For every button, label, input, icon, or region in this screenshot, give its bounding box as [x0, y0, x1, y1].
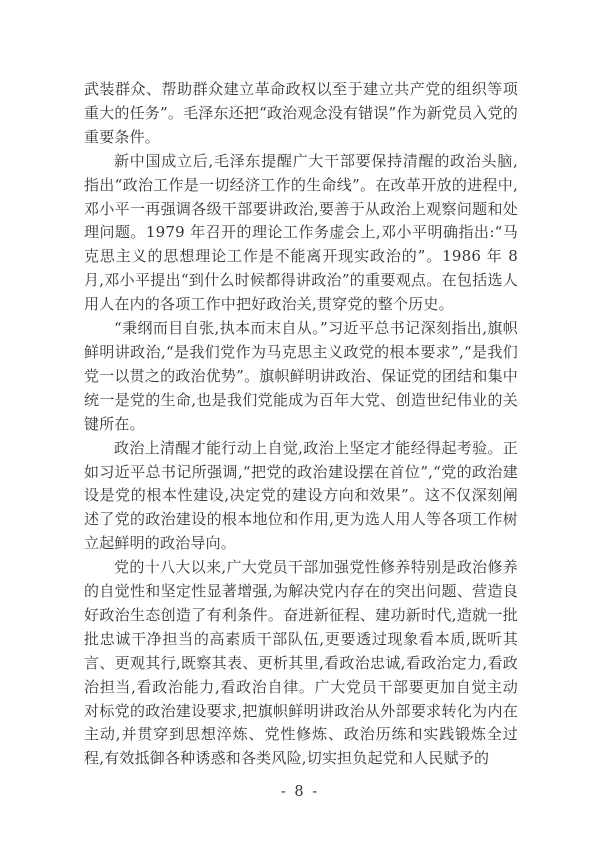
document-page: 武装群众、帮助群众建立革命政权以至于建立共产党的组织等项重大的任务”。毛泽东还把…: [0, 0, 600, 849]
paragraph: 党的十八大以来,广大党员干部加强党性修养特别是政治修养的自觉性和坚定性显著增强,…: [84, 556, 518, 771]
page-number: - 8 -: [0, 784, 600, 800]
paragraph: “秉纲而目自张,执本而末自从。”习近平总书记深刻指出,旗帜鲜明讲政治,“是我们党…: [84, 317, 518, 437]
document-body: 武装群众、帮助群众建立革命政权以至于建立共产党的组织等项重大的任务”。毛泽东还把…: [84, 78, 518, 771]
paragraph-continuation: 武装群众、帮助群众建立革命政权以至于建立共产党的组织等项重大的任务”。毛泽东还把…: [84, 78, 518, 150]
paragraph: 新中国成立后,毛泽东提醒广大干部要保持清醒的政治头脑,指出“政治工作是一切经济工…: [84, 150, 518, 317]
paragraph: 政治上清醒才能行动上自觉,政治上坚定才能经得起考验。正如习近平总书记所强调,“把…: [84, 437, 518, 557]
